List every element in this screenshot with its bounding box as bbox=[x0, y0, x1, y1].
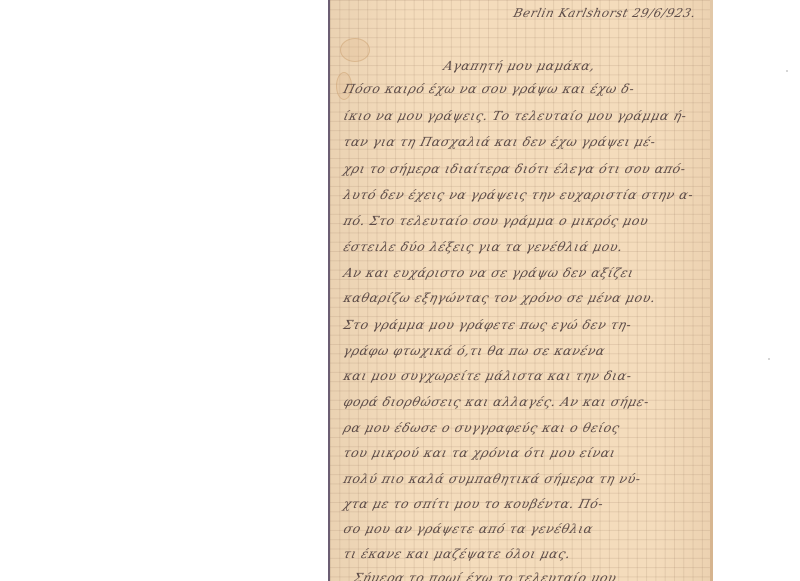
letter-line: γράφω φτωχικά ό,τι θα πω σε κανένα bbox=[342, 343, 607, 358]
letter-line: φορά διορθώσεις και αλλαγές. Αν και σήμε… bbox=[342, 394, 651, 409]
letter-line: Σήμερα το πρωί έχω το τελευταίο μου bbox=[352, 570, 618, 581]
letter-date-line: Berlin Karlshorst 29/6/923. bbox=[512, 6, 698, 20]
letter-line: πολύ πιο καλά συμπαθητικά σήμερα τη νύ- bbox=[342, 471, 643, 486]
water-stain bbox=[340, 38, 370, 62]
letter-line: και μου συγχωρείτε μάλιστα και την δια- bbox=[342, 368, 634, 383]
letter-line: ρα μου έδωσε ο συγγραφεύς και ο θείος bbox=[342, 420, 622, 435]
scan-speck bbox=[768, 358, 770, 360]
letter-line: χτα με το σπίτι μου το κουβέντα. Πό- bbox=[342, 496, 605, 511]
letter-line: πό. Στο τελευταίο σου γράμμα ο μικρός μο… bbox=[342, 213, 650, 228]
letter-line: λυτό δεν έχεις να γράψεις την ευχαριστία… bbox=[342, 187, 695, 202]
letter-line: σο μου αν γράψετε από τα γενέθλια bbox=[342, 521, 595, 536]
scan-speck bbox=[786, 70, 788, 72]
letter-line: τι έκανε και μαζέψατε όλοι μας. bbox=[342, 546, 573, 561]
letter-line: Πόσο καιρό έχω να σου γράψω και έχω δ- bbox=[342, 81, 636, 96]
letter-page: Berlin Karlshorst 29/6/923. Αγαπητή μου … bbox=[328, 0, 713, 581]
letter-line: Στο γράμμα μου γράφετε πως εγώ δεν τη- bbox=[342, 317, 633, 332]
letter-line: χρι το σήμερα ιδιαίτερα διότι έλεγα ότι … bbox=[342, 161, 688, 176]
letter-line: έστειλε δύο λέξεις για τα γενέθλιά μου. bbox=[342, 239, 625, 254]
letter-line: Αν και ευχάριστο να σε γράψω δεν αξίζει bbox=[342, 265, 636, 280]
page-right-edge bbox=[710, 0, 713, 581]
letter-salutation: Αγαπητή μου μαμάκα, bbox=[442, 58, 597, 73]
letter-line: καθαρίζω εξηγώντας τον χρόνο σε μένα μου… bbox=[342, 290, 658, 305]
letter-line: ταν για τη Πασχαλιά και δεν έχω γράψει μ… bbox=[342, 134, 658, 149]
letter-line: του μικρού και τα χρόνια ότι μου είναι bbox=[342, 445, 618, 460]
letter-line: ίκιο να μου γράψεις. Το τελευταίο μου γρ… bbox=[342, 108, 689, 123]
